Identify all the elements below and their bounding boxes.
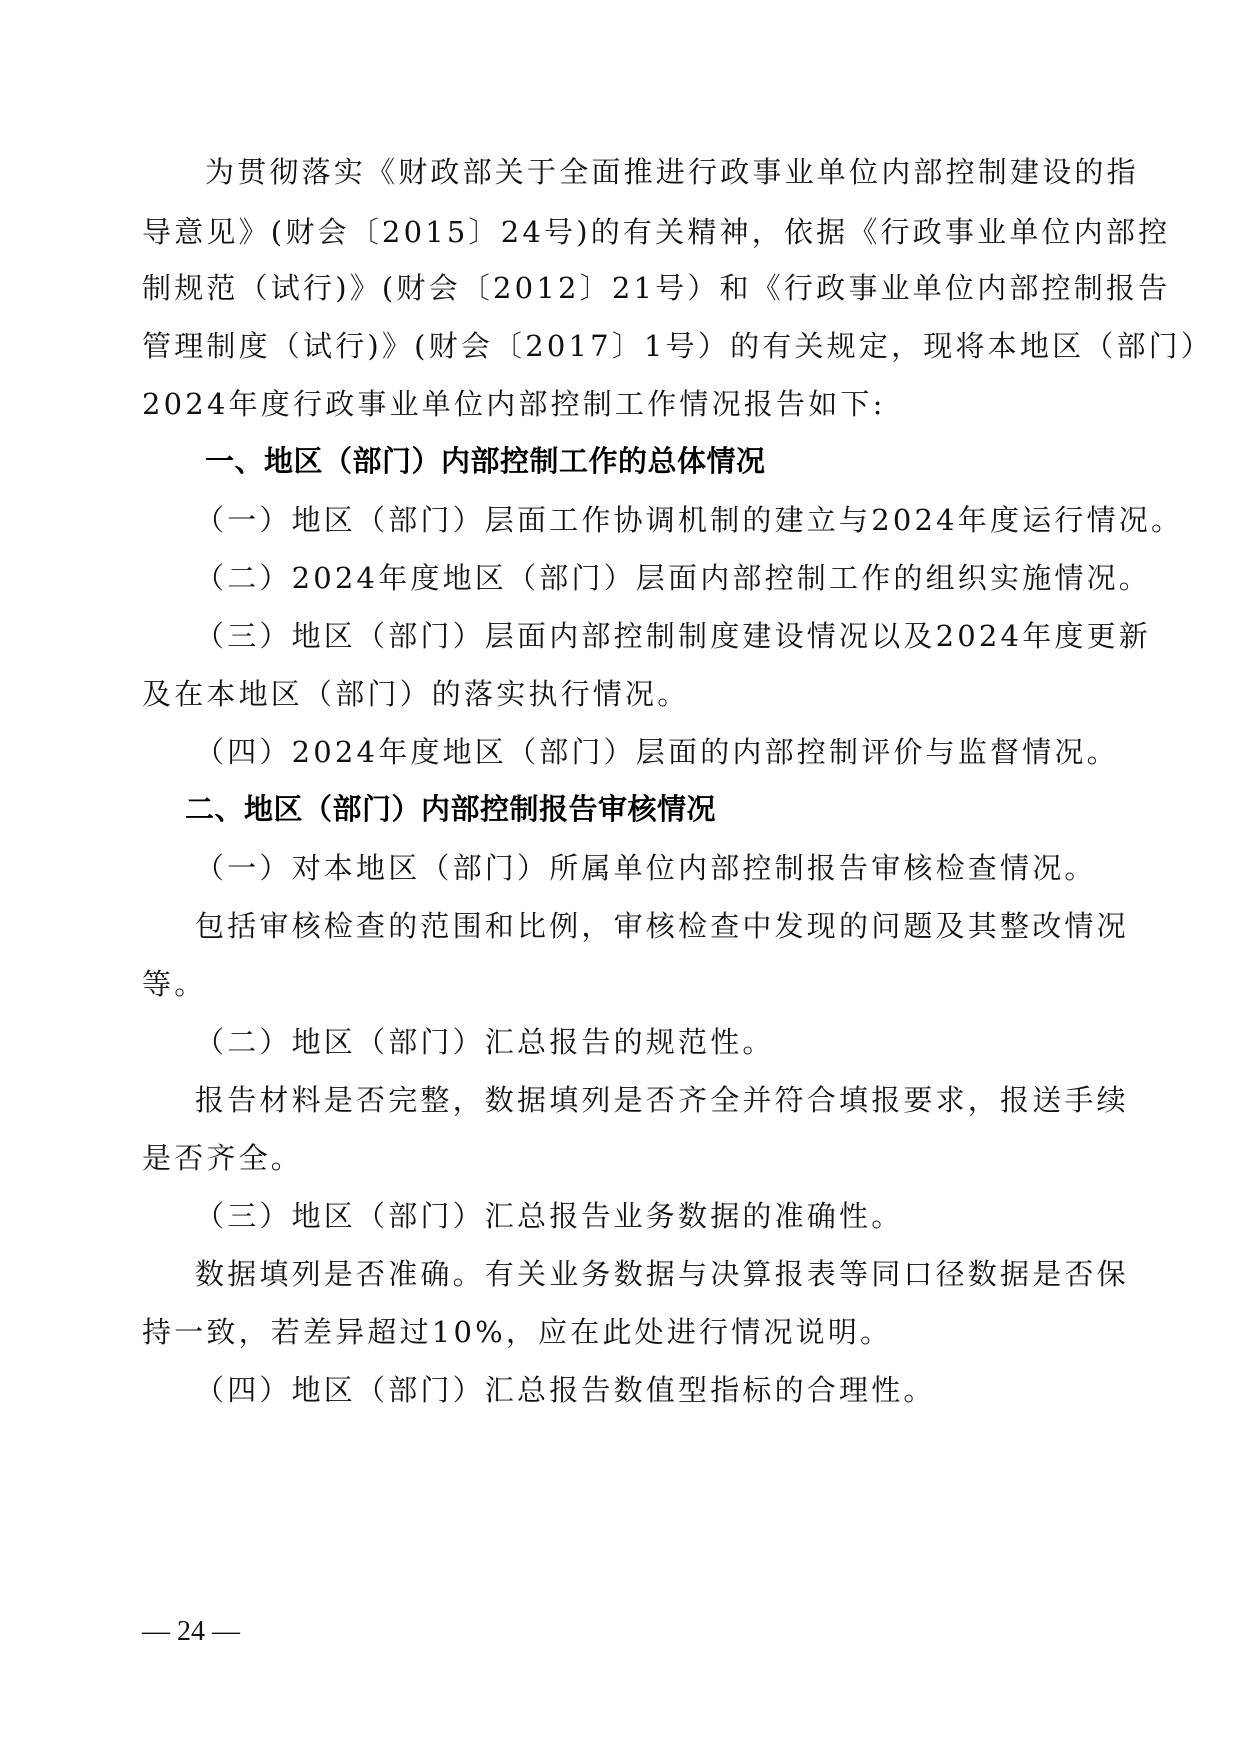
section-1-item-4: （四）2024年度地区（部门）层面的内部控制评价与监督情况。 — [195, 732, 1119, 772]
section-heading-2: 二、地区（部门）内部控制报告审核情况 — [185, 789, 716, 829]
section-2-item-2: （二）地区（部门）汇总报告的规范性。 — [195, 1022, 775, 1062]
section-2-item-1-desc-line-1: 包括审核检查的范围和比例，审核检查中发现的问题及其整改情况 — [195, 906, 1129, 946]
page-number: — 24 — — [142, 1616, 240, 1648]
intro-line-1: 为贯彻落实《财政部关于全面推进行政事业单位内部控制建设的指 — [205, 152, 1139, 192]
intro-line-3: 制规范（试行)》(财会〔2012〕21号）和《行政事业单位内部控制报告 — [142, 268, 1170, 308]
section-2-item-1-desc-line-2: 等。 — [142, 964, 206, 1004]
section-1-item-3-line-2: 及在本地区（部门）的落实执行情况。 — [142, 674, 689, 714]
section-1-item-3-line-1: （三）地区（部门）层面内部控制制度建设情况以及2024年度更新 — [195, 616, 1151, 656]
section-2-item-3: （三）地区（部门）汇总报告业务数据的准确性。 — [195, 1196, 903, 1236]
intro-line-2: 导意见》(财会〔2015〕24号)的有关精神，依据《行政事业单位内部控 — [142, 212, 1170, 252]
section-1-item-2: （二）2024年度地区（部门）层面内部控制工作的组织实施情况。 — [195, 558, 1151, 598]
section-2-item-3-desc-line-2: 持一致，若差异超过10%，应在此处进行情况说明。 — [142, 1312, 892, 1352]
section-2-item-1: （一）对本地区（部门）所属单位内部控制报告审核检查情况。 — [195, 848, 1097, 888]
intro-line-5: 2024年度行政事业单位内部控制工作情况报告如下: — [142, 384, 886, 424]
section-2-item-4: （四）地区（部门）汇总报告数值型指标的合理性。 — [195, 1370, 936, 1410]
section-2-item-2-desc-line-1: 报告材料是否完整，数据填列是否齐全并符合填报要求，报送手续 — [195, 1080, 1129, 1120]
section-2-item-3-desc-line-1: 数据填列是否准确。有关业务数据与决算报表等同口径数据是否保 — [195, 1254, 1129, 1294]
intro-line-4: 管理制度（试行)》(财会〔2017〕1号）的有关规定，现将本地区（部门） — [142, 326, 1213, 366]
document-page: 为贯彻落实《财政部关于全面推进行政事业单位内部控制建设的指 导意见》(财会〔20… — [0, 0, 1240, 1754]
section-heading-1: 一、地区（部门）内部控制工作的总体情况 — [205, 441, 766, 481]
section-2-item-2-desc-line-2: 是否齐全。 — [142, 1138, 303, 1178]
section-1-item-1: （一）地区（部门）层面工作协调机制的建立与2024年度运行情况。 — [195, 500, 1183, 540]
